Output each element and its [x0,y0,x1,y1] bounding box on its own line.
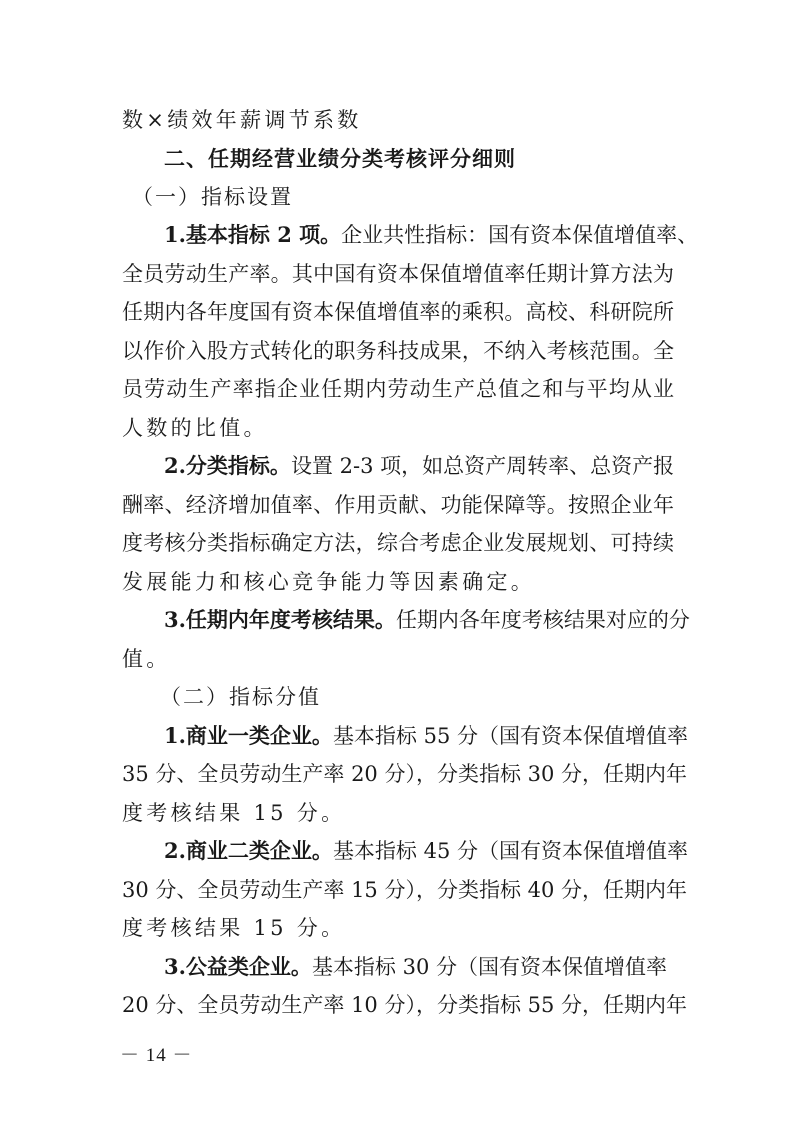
text-line: 30 分、全员劳动生产率 15 分），分类指标 40 分，任期内年 [122,876,674,904]
paragraph-category-indicators: 2.分类指标。设置 2-3 项，如总资产周转率、总资产报 [164,452,674,480]
text-line: 度考核结果 15 分。 [122,799,674,827]
text-line: 20 分、全员劳动生产率 10 分），分类指标 55 分，任期内年 [122,991,674,1019]
text-line: 员劳动生产率指企业任期内劳动生产总值之和与平均从业 [122,375,674,403]
text-line: 以作价入股方式转化的职务科技成果，不纳入考核范围。全 [122,337,674,365]
subsection-title-indicator-scores: （二）指标分值 [160,683,712,711]
text-line: 度考核结果 15 分。 [122,914,674,942]
text-line: 全员劳动生产率。其中国有资本保值增值率任期计算方法为 [122,260,674,288]
subsection-title-indicator-setup: （一）指标设置 [132,183,684,211]
paragraph-lead: 2.分类指标。 [164,453,291,478]
paragraph-text: 基本指标 30 分（国有资本保值增值率 [312,955,667,979]
text-line: 发展能力和核心竞争能力等因素确定。 [122,568,674,596]
paragraph-text: 设置 2-3 项，如总资产周转率、总资产报 [291,454,674,478]
paragraph-text: 基本指标 45 分（国有资本保值增值率 [333,839,688,863]
continuation-line: 数×绩效年薪调节系数 [122,106,674,134]
paragraph-commercial-class-1: 1.商业一类企业。基本指标 55 分（国有资本保值增值率 [164,722,674,750]
paragraph-text: 任期内各年度考核结果对应的分 [396,608,690,632]
paragraph-annual-results: 3.任期内年度考核结果。任期内各年度考核结果对应的分 [164,606,674,634]
section-heading: 二、任期经营业绩分类考核评分细则 [164,145,674,173]
text-line: 35 分、全员劳动生产率 20 分），分类指标 30 分，任期内年 [122,760,674,788]
paragraph-text: 基本指标 55 分（国有资本保值增值率 [333,724,688,748]
text-line: 任期内各年度国有资本保值增值率的乘积。高校、科研院所 [122,298,674,326]
text-line: 酬率、经济增加值率、作用贡献、功能保障等。按照企业年 [122,491,674,519]
paragraph-basic-indicators: 1.基本指标 2 项。企业共性指标：国有资本保值增值率、 [164,221,674,249]
text-line: 值。 [122,645,674,673]
paragraph-lead: 1.基本指标 2 项。 [164,222,341,247]
paragraph-public-welfare: 3.公益类企业。基本指标 30 分（国有资本保值增值率 [164,953,660,981]
paragraph-commercial-class-2: 2.商业二类企业。基本指标 45 分（国有资本保值增值率 [164,837,674,865]
paragraph-lead: 2.商业二类企业。 [164,838,333,863]
text-line: 度考核分类指标确定方法，综合考虑企业发展规划、可持续 [122,529,674,557]
paragraph-lead: 1.商业一类企业。 [164,723,333,748]
paragraph-lead: 3.公益类企业。 [164,954,312,979]
page-number: － 14 － [120,1040,193,1067]
document-page: 数×绩效年薪调节系数 二、任期经营业绩分类考核评分细则 （一）指标设置 1.基本… [0,0,793,1122]
text-line: 人数的比值。 [122,414,674,442]
paragraph-lead: 3.任期内年度考核结果。 [164,607,396,632]
paragraph-text: 企业共性指标：国有资本保值增值率、 [341,223,698,247]
